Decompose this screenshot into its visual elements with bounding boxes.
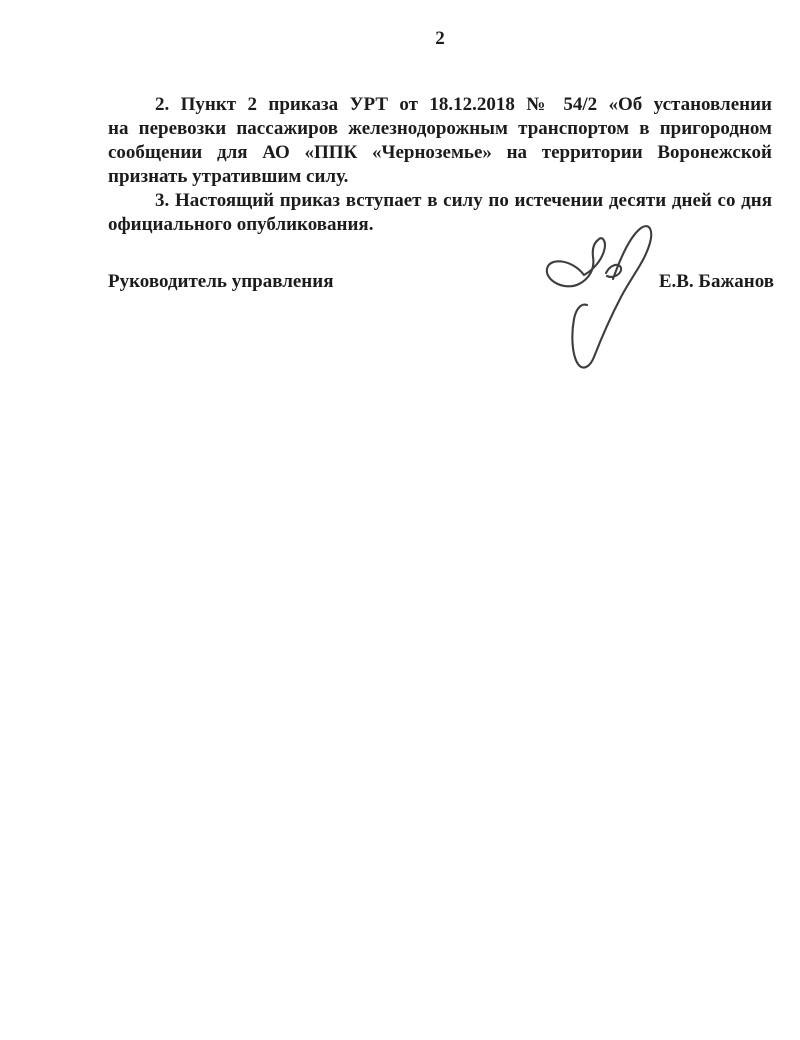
paragraph-2-line-2: на перевозки пассажиров железнодорожным … (108, 117, 772, 141)
signatory-title: Руководитель управления (108, 271, 334, 293)
paragraph-2-line-1: 2. Пункт 2 приказа УРТ от 18.12.2018 № 5… (108, 93, 772, 117)
paragraph-2-line-3: сообщении для АО «ППК «Черноземье» на те… (108, 141, 772, 165)
document-page: 2 2. Пункт 2 приказа УРТ от 18.12.2018 №… (0, 0, 800, 1040)
page-number: 2 (108, 28, 772, 50)
paragraph-2-line-4: признать утратившим силу. (108, 165, 772, 189)
signatory-name: Е.В. Бажанов (659, 271, 774, 293)
paragraph-3-line-1: 3. Настоящий приказ вступает в силу по и… (108, 189, 772, 213)
paragraph-3-line-2: официального опубликования. (108, 213, 772, 237)
document-body: 2. Пункт 2 приказа УРТ от 18.12.2018 № 5… (108, 93, 772, 237)
handwritten-signature-icon (540, 222, 672, 378)
